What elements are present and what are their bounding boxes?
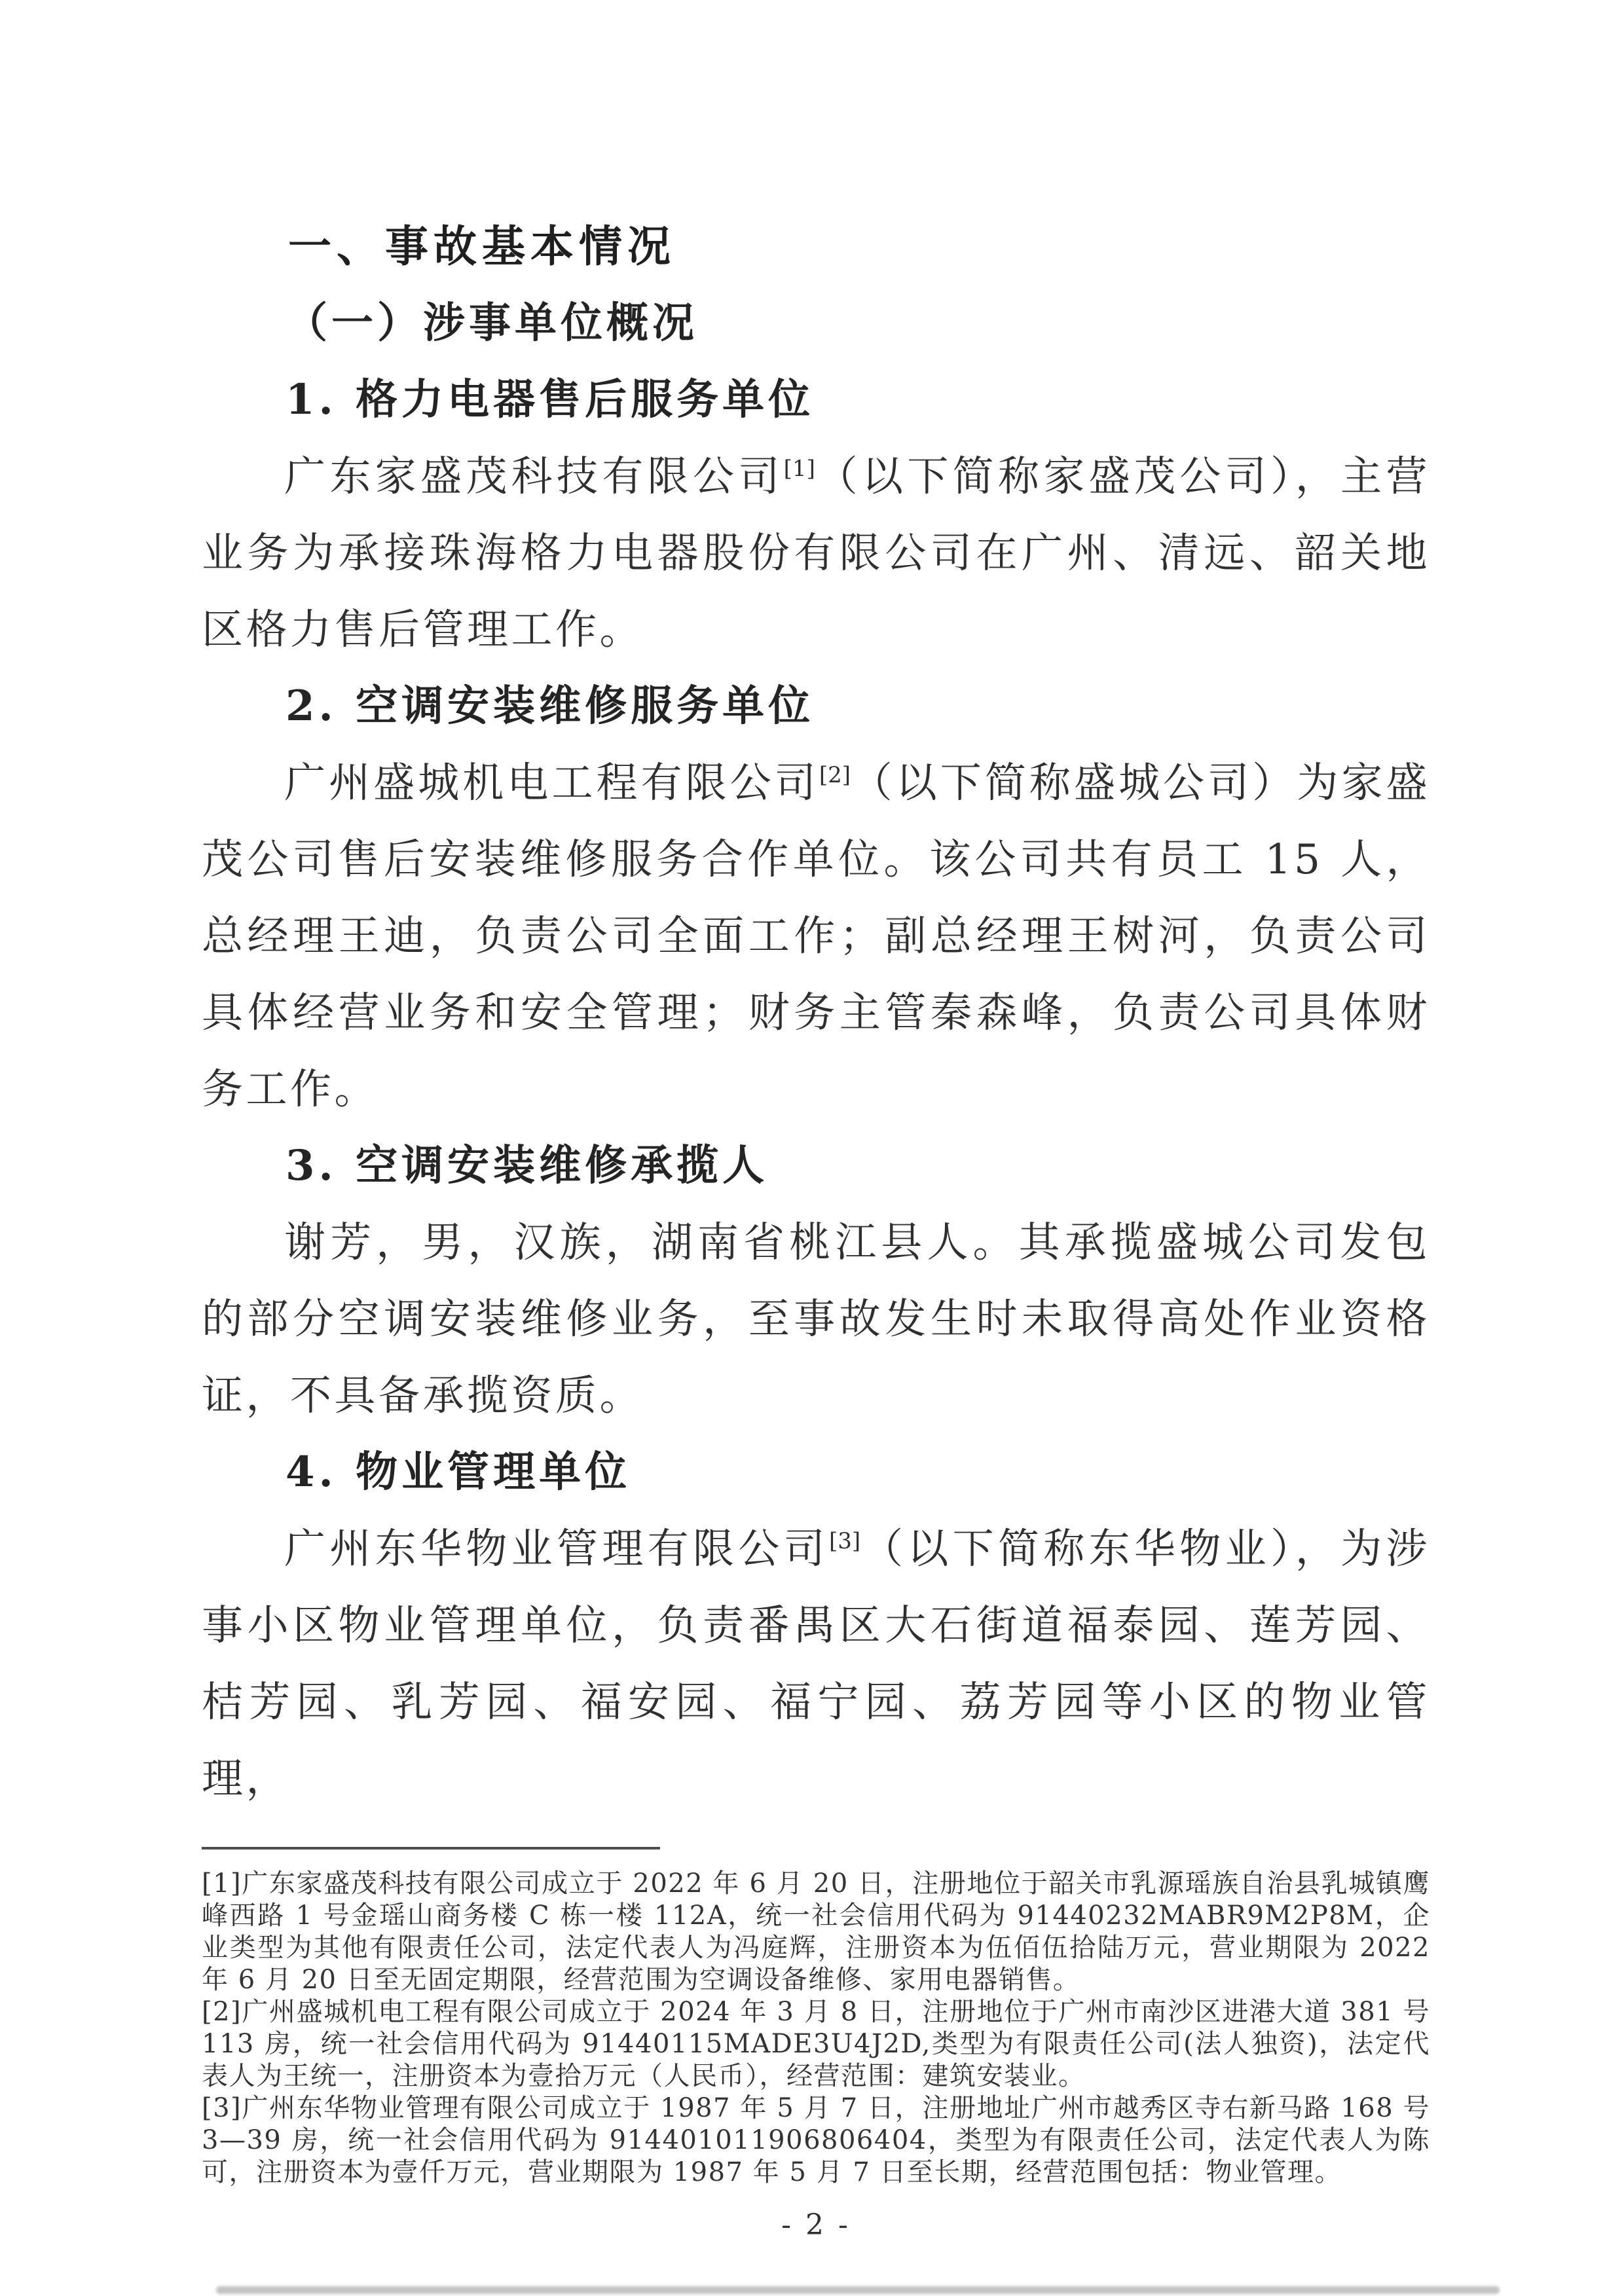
- paragraph-text: 广州东华物业管理有限公司: [284, 1525, 829, 1573]
- page-number: - 2 -: [202, 2206, 1430, 2245]
- unit-item: 3. 空调安装维修承揽人 谢芳，男，汉族，湖南省桃江县人。其承揽盛城公司发包的部…: [202, 1127, 1430, 1434]
- footnote-text: 广东家盛茂科技有限公司成立于 2022 年 6 月 20 日，注册地位于韶关市乳…: [202, 1868, 1430, 1995]
- unit-heading: 4. 物业管理单位: [202, 1434, 1430, 1510]
- footnote-marker: [1]: [202, 1868, 242, 1899]
- scan-edge-artifact: [216, 2286, 1500, 2294]
- unit-paragraph: 广州东华物业管理有限公司[3]（以下简称东华物业），为涉事小区物业管理单位，负责…: [202, 1510, 1430, 1817]
- footnote-marker: [3]: [202, 2093, 242, 2123]
- unit-heading: 1. 格力电器售后服务单位: [202, 361, 1430, 438]
- unit-heading: 2. 空调安装维修服务单位: [202, 668, 1430, 744]
- section-heading: 一、事故基本情况: [202, 208, 1430, 285]
- footnote-text: 广州盛城机电工程有限公司成立于 2024 年 3 月 8 日，注册地位于广州市南…: [202, 1997, 1430, 2091]
- unit-item: 1. 格力电器售后服务单位 广东家盛茂科技有限公司[1]（以下简称家盛茂公司），…: [202, 361, 1430, 668]
- unit-item: 2. 空调安装维修服务单位 广州盛城机电工程有限公司[2]（以下简称盛城公司）为…: [202, 668, 1430, 1127]
- subsection-heading: （一）涉事单位概况: [202, 285, 1430, 361]
- paragraph-text: 广东家盛茂科技有限公司: [284, 452, 784, 500]
- footnote-ref-sup: [3]: [829, 1528, 860, 1554]
- footnotes: [1]广东家盛茂科技有限公司成立于 2022 年 6 月 20 日，注册地位于韶…: [202, 1868, 1430, 2189]
- unit-paragraph: 广东家盛茂科技有限公司[1]（以下简称家盛茂公司），主营业务为承接珠海格力电器股…: [202, 438, 1430, 668]
- unit-paragraph: 广州盛城机电工程有限公司[2]（以下简称盛城公司）为家盛茂公司售后安装维修服务合…: [202, 744, 1430, 1127]
- footnote-marker: [2]: [202, 1997, 242, 2027]
- unit-item: 4. 物业管理单位 广州东华物业管理有限公司[3]（以下简称东华物业），为涉事小…: [202, 1434, 1430, 1817]
- footnote-item: [1]广东家盛茂科技有限公司成立于 2022 年 6 月 20 日，注册地位于韶…: [202, 1868, 1430, 1996]
- footnote-item: [2]广州盛城机电工程有限公司成立于 2024 年 3 月 8 日，注册地位于广…: [202, 1996, 1430, 2092]
- paragraph-text: 广州盛城机电工程有限公司: [284, 759, 819, 807]
- footnote-ref-sup: [1]: [784, 456, 815, 482]
- unit-heading: 3. 空调安装维修承揽人: [202, 1127, 1430, 1204]
- footnote-ref-sup: [2]: [819, 762, 851, 788]
- paragraph-text: （以下简称盛城公司）为家盛茂公司售后安装维修服务合作单位。该公司共有员工 15 …: [202, 759, 1430, 1113]
- document-page: 一、事故基本情况 （一）涉事单位概况 1. 格力电器售后服务单位 广东家盛茂科技…: [0, 0, 1624, 2296]
- footnote-text: 广州东华物业管理有限公司成立于 1987 年 5 月 7 日，注册地址广州市越秀…: [202, 2093, 1430, 2187]
- footnote-separator: [202, 1847, 660, 1850]
- paragraph-text: 谢芳，男，汉族，湖南省桃江县人。其承揽盛城公司发包的部分空调安装维修业务，至事故…: [202, 1218, 1430, 1419]
- footnote-item: [3]广州东华物业管理有限公司成立于 1987 年 5 月 7 日，注册地址广州…: [202, 2092, 1430, 2189]
- unit-paragraph: 谢芳，男，汉族，湖南省桃江县人。其承揽盛城公司发包的部分空调安装维修业务，至事故…: [202, 1204, 1430, 1434]
